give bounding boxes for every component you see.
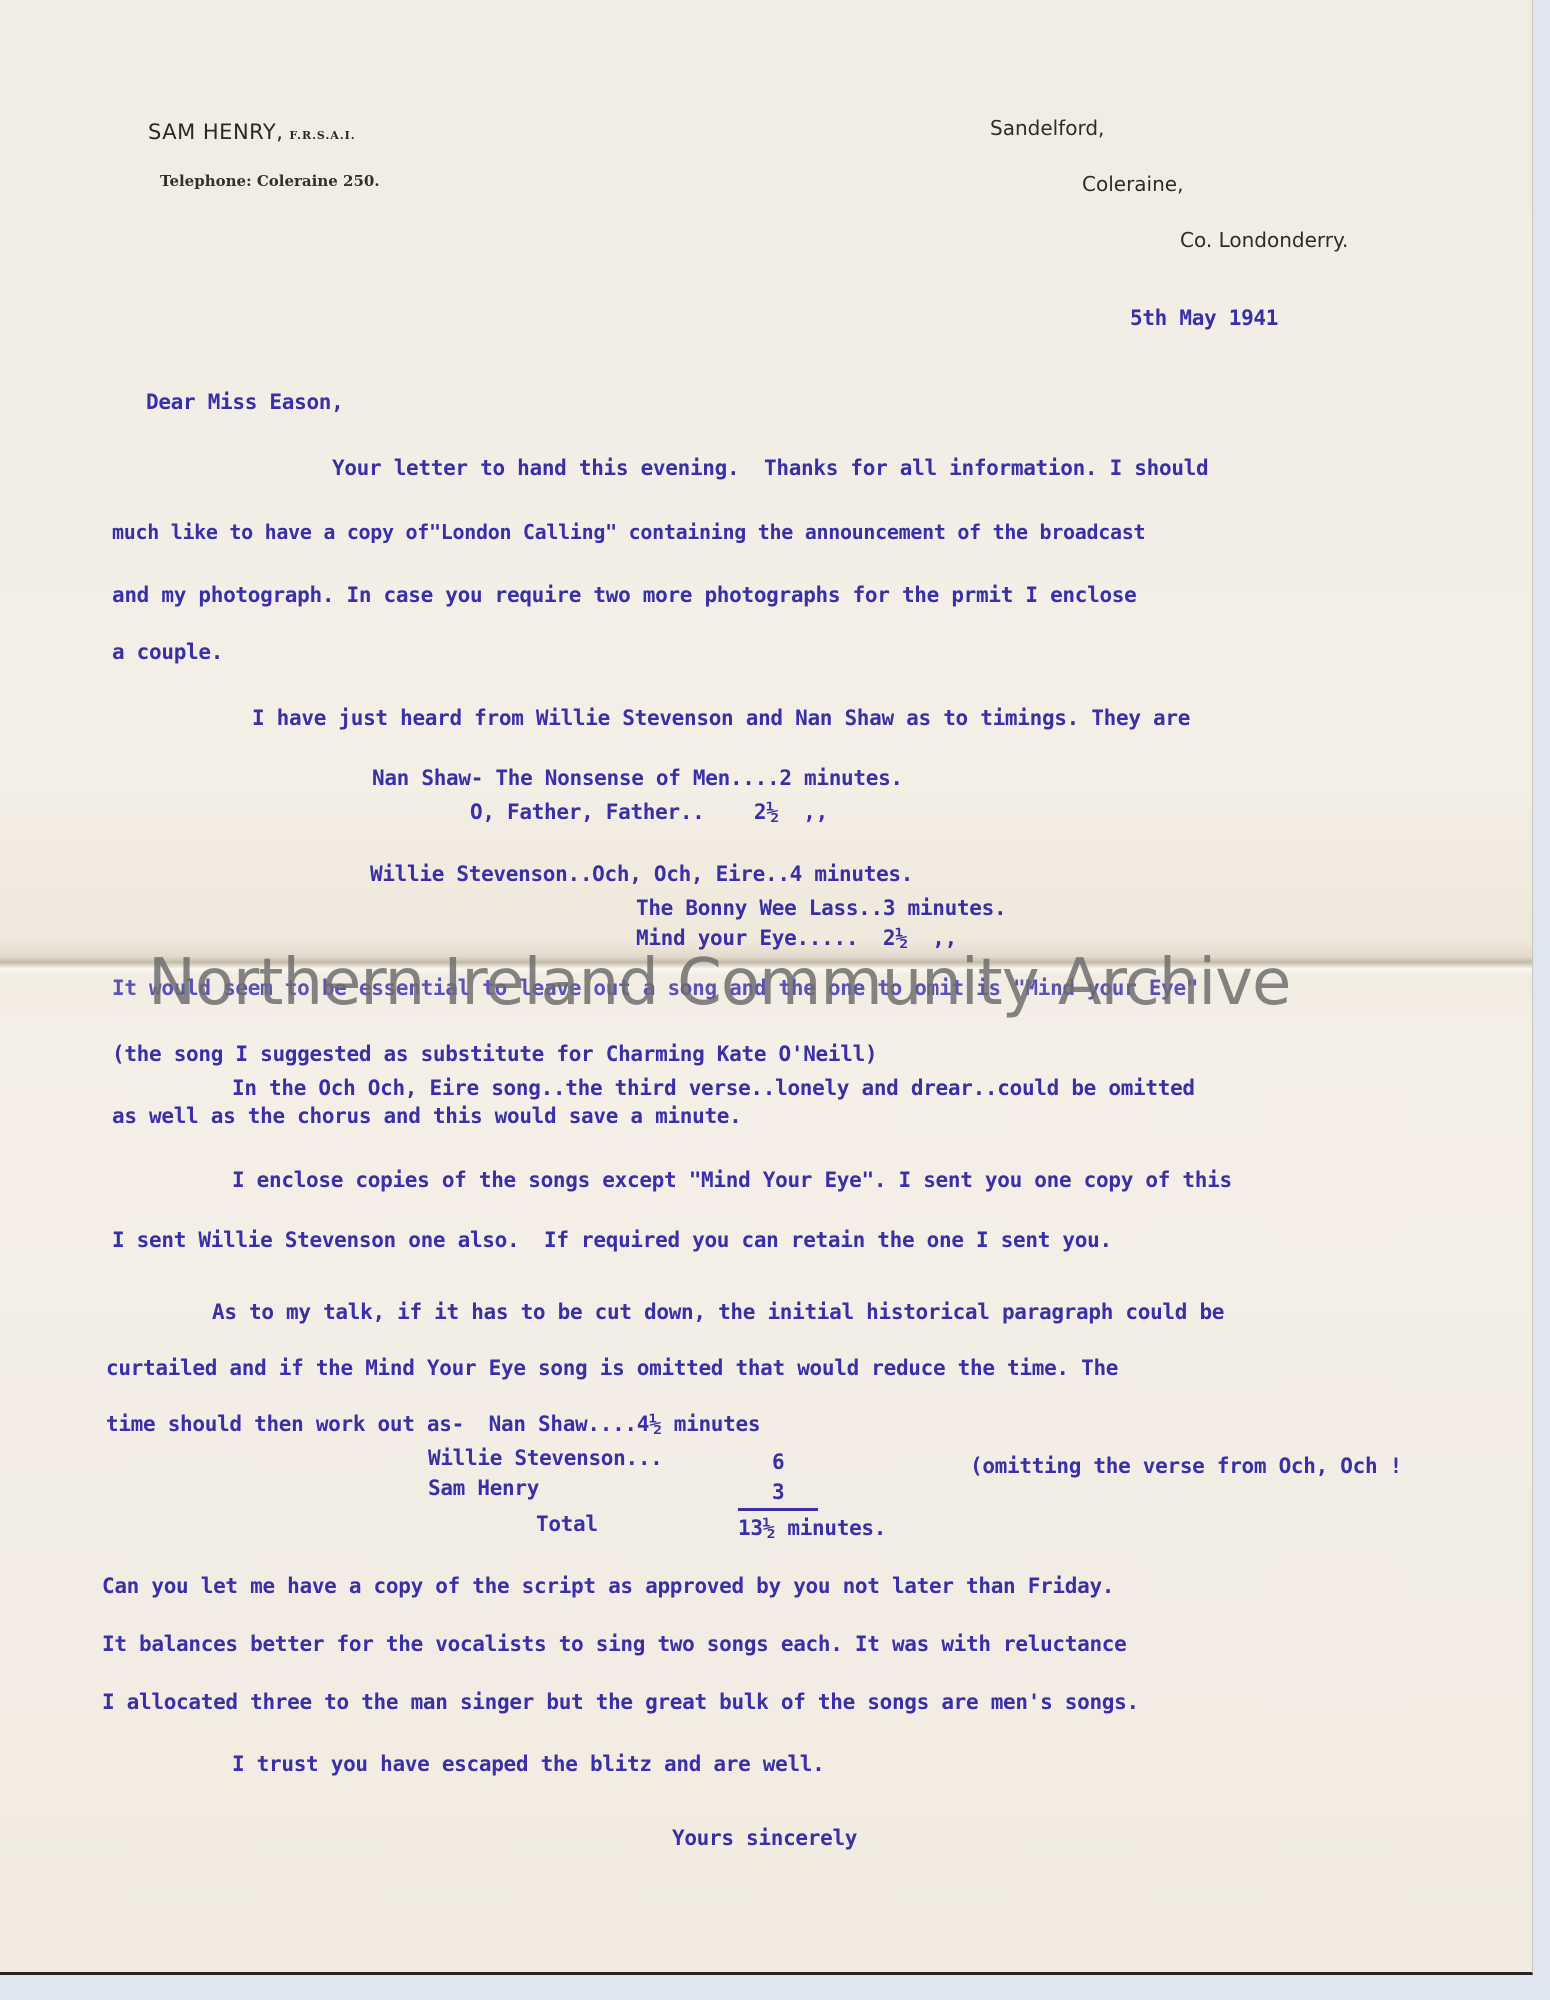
summary-minutes: 3 — [772, 1480, 784, 1504]
body-line: (the song I suggested as substitute for … — [112, 1042, 877, 1066]
body-line: I sent Willie Stevenson one also. If req… — [112, 1228, 1112, 1252]
body-line: as well as the chorus and this would sav… — [112, 1104, 742, 1128]
timing-line: O, Father, Father.. 2½ ,, — [470, 800, 828, 824]
body-line: I trust you have escaped the blitz and a… — [232, 1752, 824, 1776]
timing-line: Nan Shaw- The Nonsense of Men....2 minut… — [372, 766, 903, 790]
body-line: I allocated three to the man singer but … — [102, 1690, 1139, 1714]
body-line: It balances better for the vocalists to … — [102, 1632, 1126, 1656]
letterhead-telephone: Telephone: Coleraine 250. — [160, 172, 380, 190]
archive-watermark: Northern Ireland Community Archive — [148, 946, 1290, 1020]
body-line: As to my talk, if it has to be cut down,… — [212, 1300, 1224, 1324]
letterhead-name: SAM HENRY,F.R.S.A.I. — [148, 120, 356, 144]
sender-qualifications: F.R.S.A.I. — [289, 129, 355, 142]
salutation: Dear Miss Eason, — [146, 390, 344, 414]
body-line: time should then work out as- Nan Shaw..… — [106, 1412, 760, 1436]
sender-name: SAM HENRY, — [148, 120, 283, 144]
body-line: much like to have a copy of"London Calli… — [112, 520, 1145, 544]
summary-minutes: 6 — [772, 1450, 784, 1474]
address-line-2: Coleraine, — [1082, 172, 1183, 196]
body-line: a couple. — [112, 640, 223, 664]
body-line: and my photograph. In case you require t… — [112, 583, 1136, 607]
timing-line: The Bonny Wee Lass..3 minutes. — [636, 896, 1006, 920]
body-line: In the Och Och, Eire song..the third ver… — [232, 1076, 1195, 1100]
timing-line: Willie Stevenson..Och, Och, Eire..4 minu… — [370, 862, 913, 886]
summary-name: Sam Henry — [428, 1476, 539, 1500]
summary-total-label: Total — [536, 1512, 598, 1536]
body-line: I have just heard from Willie Stevenson … — [252, 706, 1190, 730]
summary-name: Willie Stevenson... — [428, 1446, 663, 1470]
body-line: Can you let me have a copy of the script… — [102, 1574, 1114, 1598]
summary-total-value: 13½ minutes. — [738, 1516, 886, 1540]
body-line: curtailed and if the Mind Your Eye song … — [106, 1356, 1118, 1380]
summary-note: (omitting the verse from Och, Och ! — [970, 1454, 1402, 1478]
address-line-1: Sandelford, — [990, 116, 1104, 140]
address-line-3: Co. Londonderry. — [1180, 228, 1348, 252]
closing: Yours sincerely — [672, 1826, 857, 1850]
body-line: Your letter to hand this evening. Thanks… — [332, 456, 1208, 480]
body-line: I enclose copies of the songs except "Mi… — [232, 1168, 1232, 1192]
sum-rule — [738, 1508, 818, 1511]
letter-date: 5th May 1941 — [1130, 306, 1278, 330]
